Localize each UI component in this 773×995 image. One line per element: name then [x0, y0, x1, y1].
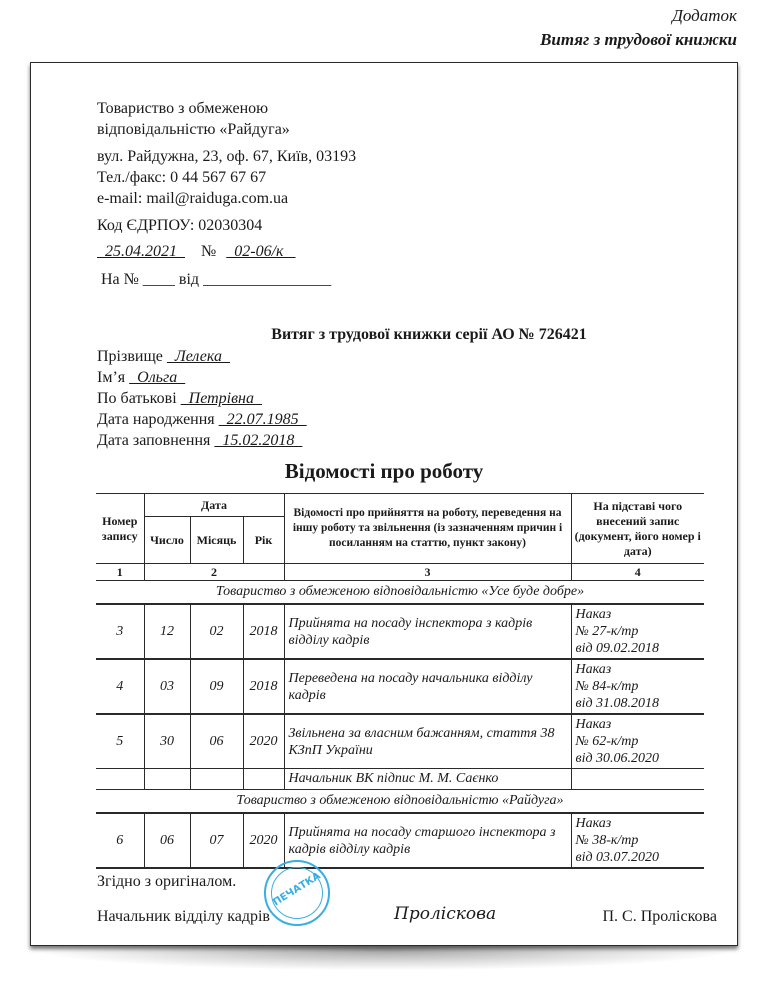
basis-date: від 09.02.2018 — [576, 640, 703, 657]
org-row: Товариство з обмеженою відповідальністю … — [96, 581, 704, 605]
certified-text: Згідно з оригіналом. — [97, 871, 236, 892]
basis-number: № 62-к/тр — [576, 733, 703, 750]
table-row: 5 30 06 2020 Звільнена за власним бажанн… — [96, 714, 704, 769]
cell-month: 09 — [190, 659, 243, 714]
signer-position: Начальник відділу кадрів — [97, 906, 270, 927]
field-value: Лелека — [167, 348, 230, 365]
annex-label: Додаток — [540, 4, 737, 28]
basis-date: від 03.07.2020 — [576, 849, 703, 866]
basis-number: № 38-к/тр — [576, 832, 703, 849]
header-basis: На підставі чого внесений запис (докумен… — [571, 494, 704, 564]
annex-header: Додаток Витяг з трудової книжки — [540, 4, 737, 52]
cell-month: 06 — [190, 714, 243, 769]
header-record-no: Номер запису — [96, 494, 144, 564]
org-row: Товариство з обмеженою відповідальністю … — [96, 790, 704, 814]
field-surname: Прізвище Лелека — [97, 346, 230, 367]
stamp: ПЕЧАТКА — [264, 860, 330, 926]
cell-info: Переведена на посаду начальника відділу … — [284, 659, 571, 714]
table-row: 3 12 02 2018 Прийнята на посаду інспекто… — [96, 604, 704, 659]
column-number: 2 — [144, 564, 284, 581]
empty-cell — [144, 769, 190, 790]
sign-row: Начальник ВК підпис М. М. Саєнко — [96, 769, 704, 790]
cell-basis: Наказ № 62-к/тр від 30.06.2020 — [571, 714, 704, 769]
annex-title: Витяг з трудової книжки — [540, 28, 737, 52]
field-name: Ім’я Ольга — [97, 367, 185, 388]
company-address: вул. Райдужна, 23, оф. 67, Київ, 03193 — [97, 146, 356, 167]
cell-year: 2018 — [243, 659, 284, 714]
cell-year: 2020 — [243, 714, 284, 769]
header-date: Дата — [144, 494, 284, 517]
cell-no: 4 — [96, 659, 144, 714]
cell-day: 03 — [144, 659, 190, 714]
outgoing-number-sign: № — [201, 243, 216, 260]
basis-doc: Наказ — [576, 606, 703, 623]
company-name-line2: відповідальністю «Райдуга» — [97, 119, 290, 140]
table-row: 4 03 09 2018 Переведена на посаду началь… — [96, 659, 704, 714]
reply-prefix: На № — [101, 271, 139, 288]
outgoing-number: 02-06/к — [226, 243, 295, 260]
company-email: e-mail: mail@raiduga.com.ua — [97, 188, 288, 209]
cell-info: Прийнята на посаду старшого інспектора з… — [284, 813, 571, 868]
empty-cell — [243, 769, 284, 790]
column-number: 3 — [284, 564, 571, 581]
reply-date: ________________ — [203, 271, 331, 288]
company-phone: Тел./факс: 0 44 567 67 67 — [97, 167, 266, 188]
cell-month: 02 — [190, 604, 243, 659]
sign-line: Начальник ВК підпис М. М. Саєнко — [284, 769, 571, 790]
field-label: Дата заповнення — [97, 432, 210, 449]
field-birth-date: Дата народження 22.07.1985 — [97, 409, 307, 430]
basis-date: від 31.08.2018 — [576, 695, 703, 712]
company-name-line1: Товариство з обмеженою — [97, 98, 268, 119]
basis-number: № 84-к/тр — [576, 678, 703, 695]
field-fill-date: Дата заповнення 15.02.2018 — [97, 430, 302, 451]
document-page: Товариство з обмеженою відповідальністю … — [30, 62, 738, 946]
empty-cell — [571, 769, 704, 790]
table-row: 6 06 07 2020 Прийнята на посаду старшого… — [96, 813, 704, 868]
column-numbers-row: 1 2 3 4 — [96, 564, 704, 581]
field-value: Петрівна — [181, 390, 262, 407]
cell-no: 3 — [96, 604, 144, 659]
work-records-table: Номер запису Дата Відомості про прийнятт… — [96, 493, 704, 869]
basis-number: № 27-к/тр — [576, 623, 703, 640]
cell-year: 2020 — [243, 813, 284, 868]
org-name: Товариство з обмеженою відповідальністю … — [96, 790, 704, 814]
field-patronymic: По батькові Петрівна — [97, 388, 262, 409]
basis-date: від 30.06.2020 — [576, 750, 703, 767]
column-number: 1 — [96, 564, 144, 581]
org-name: Товариство з обмеженою відповідальністю … — [96, 581, 704, 605]
field-value: 15.02.2018 — [214, 432, 302, 449]
cell-basis: Наказ № 38-к/тр від 03.07.2020 — [571, 813, 704, 868]
field-label: По батькові — [97, 390, 177, 407]
field-label: Прізвище — [97, 348, 163, 365]
cell-no: 6 — [96, 813, 144, 868]
field-label: Дата народження — [97, 411, 215, 428]
extract-title: Витяг з трудової книжки серії АО № 72642… — [31, 326, 737, 344]
empty-cell — [96, 769, 144, 790]
cell-year: 2018 — [243, 604, 284, 659]
signature: Проліскова — [394, 904, 496, 924]
company-edrpou: Код ЄДРПОУ: 02030304 — [97, 215, 262, 236]
cell-day: 12 — [144, 604, 190, 659]
field-label: Ім’я — [97, 369, 125, 386]
field-value: 22.07.1985 — [219, 411, 307, 428]
header-month: Місяць — [190, 517, 243, 564]
cell-no: 5 — [96, 714, 144, 769]
table-header-row: Номер запису Дата Відомості про прийнятт… — [96, 494, 704, 517]
signer-name: П. С. Проліскова — [602, 906, 717, 927]
outgoing-line: 25.04.2021 № 02-06/к — [97, 241, 296, 262]
cell-info: Прийнята на посаду інспектора з кадрів в… — [284, 604, 571, 659]
cell-info: Звільнена за власним бажанням, стаття 38… — [284, 714, 571, 769]
basis-doc: Наказ — [576, 815, 703, 832]
field-value: Ольга — [129, 369, 185, 386]
basis-doc: Наказ — [576, 716, 703, 733]
empty-cell — [190, 769, 243, 790]
reply-from: від — [179, 271, 199, 288]
cell-day: 06 — [144, 813, 190, 868]
header-day: Число — [144, 517, 190, 564]
header-year: Рік — [243, 517, 284, 564]
outgoing-date: 25.04.2021 — [97, 243, 185, 260]
column-number: 4 — [571, 564, 704, 581]
cell-basis: Наказ № 27-к/тр від 09.02.2018 — [571, 604, 704, 659]
basis-doc: Наказ — [576, 661, 703, 678]
cell-month: 07 — [190, 813, 243, 868]
cell-basis: Наказ № 84-к/тр від 31.08.2018 — [571, 659, 704, 714]
header-info: Відомості про прийняття на роботу, перев… — [284, 494, 571, 564]
reply-number: ____ — [143, 271, 175, 288]
cell-day: 30 — [144, 714, 190, 769]
work-title: Відомості про роботу — [31, 459, 737, 484]
reply-line: На № ____ від ________________ — [101, 269, 331, 290]
